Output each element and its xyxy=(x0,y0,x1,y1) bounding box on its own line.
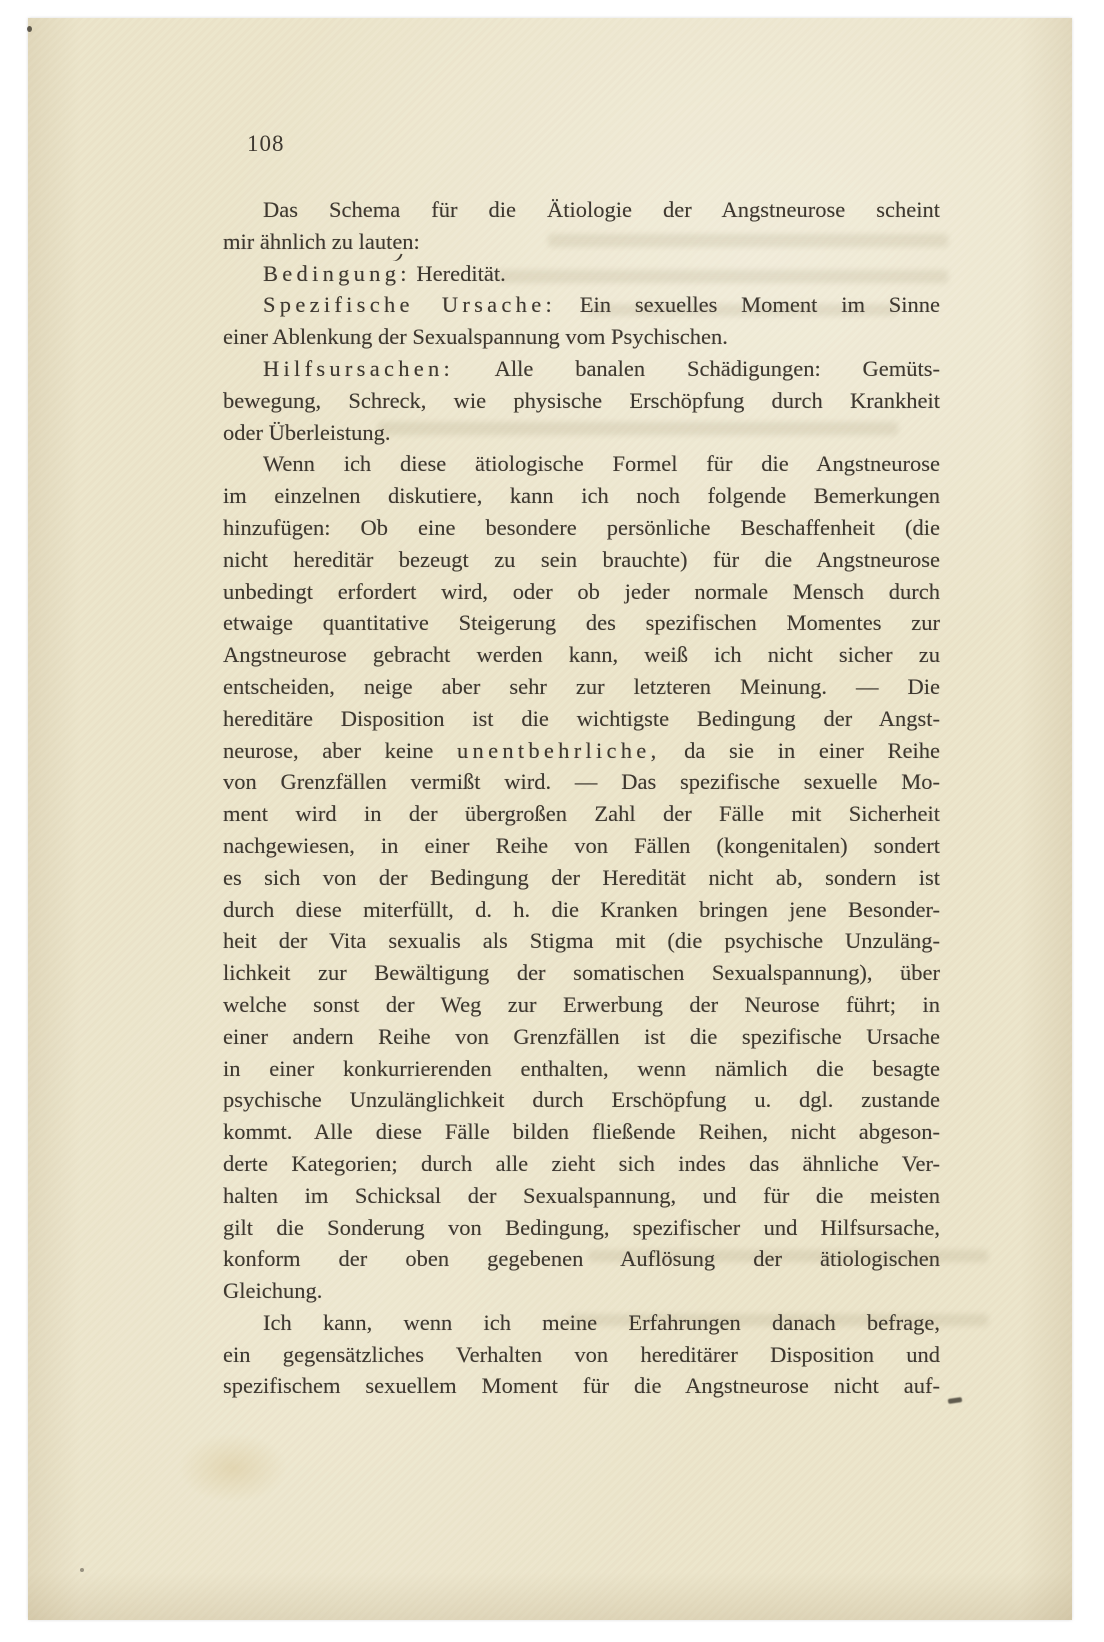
text-block: Das Schema für die Ätiologie der Angstne… xyxy=(223,194,940,1402)
body-text: unbedingt erfordert wird, oder ob jeder … xyxy=(223,579,940,604)
body-text: es sich von der Bedingung der Heredität … xyxy=(223,865,940,890)
body-text: Das Schema für die Ätiologie der Angstne… xyxy=(263,197,940,222)
body-text: psychische Unzulänglichkeit durch Erschö… xyxy=(223,1087,940,1112)
body-text: mir ähnlich zu lauten: xyxy=(223,229,420,254)
text-line: entscheiden, neige aber sehr zur letzter… xyxy=(223,671,940,703)
text-line: Das Schema für die Ätiologie der Angstne… xyxy=(223,194,940,226)
text-line: konform der oben gegebenen Auflösung der… xyxy=(223,1243,940,1275)
body-text: welche sonst der Weg zur Erwerbung der N… xyxy=(223,992,940,1017)
text-line: hereditäre Disposition ist die wichtigst… xyxy=(223,703,940,735)
text-line: ment wird in der übergroßen Zahl der Fäl… xyxy=(223,798,940,830)
text-line: in einer konkurrierenden enthalten, wenn… xyxy=(223,1053,940,1085)
letterspaced-text: Spezifische Ursache: xyxy=(263,292,556,317)
book-page: 108 Das Schema für die Ätiologie der Ang… xyxy=(28,18,1072,1620)
text-line: lichkeit zur Bewältigung der somatischen… xyxy=(223,957,940,989)
text-line: Ich kann, wenn ich meine Erfahrungen dan… xyxy=(223,1307,940,1339)
text-line: es sich von der Bedingung der Heredität … xyxy=(223,862,940,894)
text-line: durch diese miterfüllt, d. h. die Kranke… xyxy=(223,894,940,926)
body-text: halten im Schicksal der Sexualspannung, … xyxy=(223,1183,940,1208)
text-line: Wenn ich diese ätiologische Formel für d… xyxy=(223,448,940,480)
text-line: im einzelnen diskutiere, kann ich noch f… xyxy=(223,480,940,512)
text-line: derte Kategorien; durch alle zieht sich … xyxy=(223,1148,940,1180)
text-line: nachgewiesen, in einer Reihe von Fällen … xyxy=(223,830,940,862)
text-line: psychische Unzulänglichkeit durch Erschö… xyxy=(223,1084,940,1116)
body-text: nachgewiesen, in einer Reihe von Fällen … xyxy=(223,833,940,858)
body-text: Gleichung. xyxy=(223,1278,322,1303)
body-text: hinzufügen: Ob eine besondere persönlich… xyxy=(223,515,940,540)
body-text: da sie in einer Reihe xyxy=(660,738,940,763)
body-text: oder Überleistung. xyxy=(223,420,390,445)
text-line: hinzufügen: Ob eine besondere persönlich… xyxy=(223,512,940,544)
text-line: neurose, aber keine unentbehrliche, da s… xyxy=(223,735,940,767)
body-text: gilt die Sonderung von Bedingung, spezif… xyxy=(223,1215,940,1240)
text-line: spezifischem sexuellem Moment für die An… xyxy=(223,1370,940,1402)
body-text: heit der Vita sexualis als Stigma mit (d… xyxy=(223,928,940,953)
text-line: gilt die Sonderung von Bedingung, spezif… xyxy=(223,1212,940,1244)
paper-stain-artifact xyxy=(178,1433,288,1503)
letterspaced-text: unentbehrliche, xyxy=(457,738,660,763)
text-line: ein gegensätzliches Verhalten von heredi… xyxy=(223,1339,940,1371)
ink-speck-artifact xyxy=(27,26,32,32)
text-line: bewegung, Schreck, wie physische Erschöp… xyxy=(223,385,940,417)
body-text: Alle banalen Schädigungen: Gemüts- xyxy=(454,356,940,381)
text-line: einer andern Reihe von Grenzfällen ist d… xyxy=(223,1021,940,1053)
body-text: spezifischem sexuellem Moment für die An… xyxy=(223,1373,940,1398)
body-text: einer andern Reihe von Grenzfällen ist d… xyxy=(223,1024,940,1049)
body-text: Angstneurose gebracht werden kann, weiß … xyxy=(223,642,940,667)
body-text: Ich kann, wenn ich meine Erfahrungen dan… xyxy=(263,1310,940,1335)
ink-speck-artifact xyxy=(80,1568,84,1572)
text-line: heit der Vita sexualis als Stigma mit (d… xyxy=(223,925,940,957)
body-text: entscheiden, neige aber sehr zur letzter… xyxy=(223,674,940,699)
body-text: Heredität. xyxy=(411,261,506,286)
body-text: Ein sexuelles Moment im Sinne xyxy=(556,292,940,317)
body-text: nicht hereditär bezeugt zu sein brauchte… xyxy=(223,547,940,572)
body-text: etwaige quantitative Steigerung des spez… xyxy=(223,610,940,635)
body-text: einer Ablenkung der Sexualspannung vom P… xyxy=(223,324,728,349)
text-line: Spezifische Ursache: Ein sexuelles Momen… xyxy=(223,289,940,321)
letterspaced-text: Hilfsursachen: xyxy=(263,356,454,381)
scan-canvas: { "page": { "number": "108" }, "colors":… xyxy=(0,0,1104,1642)
text-line: nicht hereditär bezeugt zu sein brauchte… xyxy=(223,544,940,576)
body-text: konform der oben gegebenen Auflösung der… xyxy=(223,1246,940,1271)
body-text: von Grenzfällen vermißt wird. — Das spez… xyxy=(223,769,940,794)
body-text: durch diese miterfüllt, d. h. die Kranke… xyxy=(223,897,940,922)
body-text: kommt. Alle diese Fälle bilden fließende… xyxy=(223,1119,940,1144)
letterspaced-text: Bedingung: xyxy=(263,261,411,286)
text-line: mir ähnlich zu lauten: xyxy=(223,226,940,258)
text-line: Angstneurose gebracht werden kann, weiß … xyxy=(223,639,940,671)
body-text: ein gegensätzliches Verhalten von heredi… xyxy=(223,1342,940,1367)
text-line: kommt. Alle diese Fälle bilden fließende… xyxy=(223,1116,940,1148)
text-line: halten im Schicksal der Sexualspannung, … xyxy=(223,1180,940,1212)
body-text: Wenn ich diese ätiologische Formel für d… xyxy=(263,451,940,476)
body-text: im einzelnen diskutiere, kann ich noch f… xyxy=(223,483,940,508)
body-text: derte Kategorien; durch alle zieht sich … xyxy=(223,1151,940,1176)
text-line: Bedingung: Heredität. xyxy=(223,258,940,290)
text-line: Hilfsursachen: Alle banalen Schädigungen… xyxy=(223,353,940,385)
text-line: einer Ablenkung der Sexualspannung vom P… xyxy=(223,321,940,353)
body-text: lichkeit zur Bewältigung der somatischen… xyxy=(223,960,940,985)
body-text: hereditäre Disposition ist die wichtigst… xyxy=(223,706,940,731)
text-line: von Grenzfällen vermißt wird. — Das spez… xyxy=(223,766,940,798)
body-text: bewegung, Schreck, wie physische Erschöp… xyxy=(223,388,940,413)
text-line: oder Überleistung. xyxy=(223,417,940,449)
body-text: neurose, aber keine xyxy=(223,738,457,763)
page-number: 108 xyxy=(247,131,285,157)
text-line: Gleichung. xyxy=(223,1275,940,1307)
text-line: welche sonst der Weg zur Erwerbung der N… xyxy=(223,989,940,1021)
ink-speck-artifact xyxy=(948,1397,963,1404)
body-text: ment wird in der übergroßen Zahl der Fäl… xyxy=(223,801,940,826)
text-line: unbedingt erfordert wird, oder ob jeder … xyxy=(223,576,940,608)
text-line: etwaige quantitative Steigerung des spez… xyxy=(223,607,940,639)
body-text: in einer konkurrierenden enthalten, wenn… xyxy=(223,1056,940,1081)
